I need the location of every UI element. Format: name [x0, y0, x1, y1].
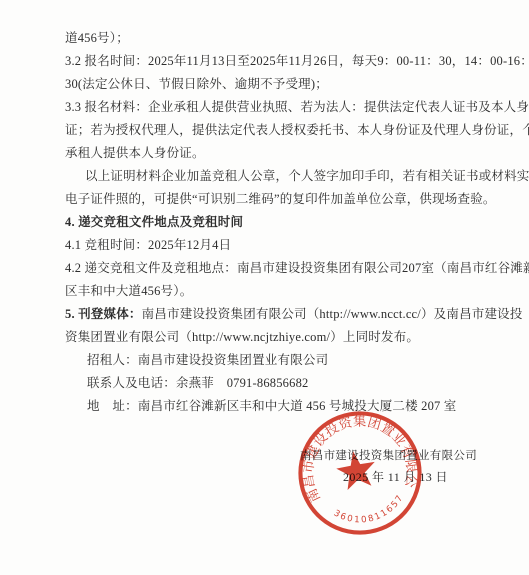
doc-line-text: 南昌市建设投资集团有限公司（http://www.ncct.cc/）及南昌市建设…: [142, 307, 523, 321]
contact-line: 联系人及电话：余燕菲 0791-86856682: [65, 372, 475, 395]
doc-line: 4.1 竞租时间：2025年12月4日: [65, 234, 475, 257]
doc-line: 3.3 报名材料：企业承租人提供营业执照、若为法人：提供法定代表人证书及本人身份: [65, 96, 475, 119]
doc-line: 以上证明材料企业加盖竞租人公章，个人签字加印手印，若有相关证书或材料实行: [65, 165, 475, 188]
doc-line: 证；若为授权代理人，提供法定代表人授权委托书、本人身份证及代理人身份证，个人: [65, 119, 475, 142]
doc-line: 道456号）；: [65, 27, 475, 50]
doc-line: 承租人提供本人身份证。: [65, 142, 475, 165]
lessor-line: 招租人：南昌市建设投资集团置业有限公司: [65, 349, 475, 372]
star-icon: [334, 448, 379, 491]
doc-section-heading: 4. 递交竞租文件地点及竞租时间: [65, 211, 475, 234]
doc-section-heading-inline: 5. 刊登媒体：: [65, 307, 142, 321]
doc-line: 电子证件照的，可提供“可识别二维码”的复印件加盖单位公章，供现场查验。: [65, 188, 475, 211]
doc-line: 4.2 递交竞租文件及竞租地点：南昌市建设投资集团有限公司207室（南昌市红谷滩…: [65, 257, 475, 280]
company-seal-stamp: 南昌市建设投资集团置业有限公司 3601081165780: [283, 396, 437, 550]
doc-line: 区丰和中大道456号）。: [65, 280, 475, 303]
document-body: 道456号）； 3.2 报名时间：2025年11月13日至2025年11月26日…: [65, 27, 475, 418]
doc-line: 3.2 报名时间：2025年11月13日至2025年11月26日，每天9：00-…: [65, 50, 475, 73]
doc-line: 资集团置业有限公司（http://www.ncjtzhiye.com/）上同时发…: [65, 326, 475, 349]
document-page: 道456号）； 3.2 报名时间：2025年11月13日至2025年11月26日…: [0, 0, 529, 575]
doc-line: 30(法定公休日、节假日除外、逾期不予受理)；: [65, 73, 475, 96]
doc-line: 5. 刊登媒体：南昌市建设投资集团有限公司（http://www.ncct.cc…: [65, 303, 475, 326]
